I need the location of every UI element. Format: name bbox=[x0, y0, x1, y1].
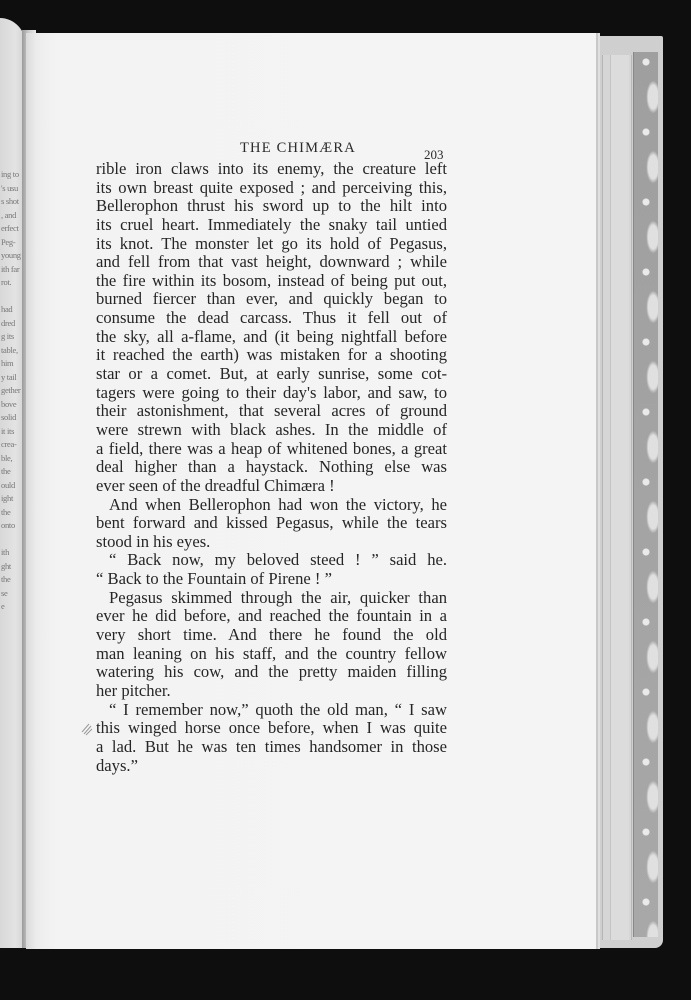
text-line: rible iron claws into its enemy, the cre… bbox=[96, 160, 447, 179]
text-line: consume the dead carcass. Thus it fell o… bbox=[96, 309, 447, 328]
text-line: were strewn with black ashes. In the mid… bbox=[96, 421, 447, 440]
text-line: burned fiercer than ever, and quickly be… bbox=[96, 290, 447, 309]
text-line: their astonishment, that several acres o… bbox=[96, 402, 447, 421]
text-line: its knot. The monster let go its hold of… bbox=[96, 235, 447, 254]
text-line: a field, there was a heap of whitened bo… bbox=[96, 440, 447, 459]
text-line: and fell from that vast height, downward… bbox=[96, 253, 447, 272]
text-line: “ I remember now,” quoth the old man, “ … bbox=[96, 701, 447, 720]
text-line: tagers were going to their day's labor, … bbox=[96, 384, 447, 403]
text-line: this winged horse once before, when I wa… bbox=[96, 719, 447, 738]
text-line: the fire within its bosom, instead of be… bbox=[96, 272, 447, 291]
pencil-mark-icon bbox=[80, 720, 96, 736]
text-line: watering his cow, and the pretty maiden … bbox=[96, 663, 447, 682]
text-line: the sky, all a-flame, and (it being nigh… bbox=[96, 328, 447, 347]
text-line: bent forward and kissed Pegasus, while t… bbox=[96, 514, 447, 533]
text-line: star or a comet. But, at early sunrise, … bbox=[96, 365, 447, 384]
text-line: it reached the earth) was mistaken for a… bbox=[96, 346, 447, 365]
text-line: Bellerophon thrust his sword up to the h… bbox=[96, 197, 447, 216]
text-line: Pegasus skimmed through the air, quicker… bbox=[96, 589, 447, 608]
text-line: its cruel heart. Immediately the snaky t… bbox=[96, 216, 447, 235]
text-line: its own breast quite exposed ; and perce… bbox=[96, 179, 447, 198]
text-line: deal higher than a haystack. Nothing els… bbox=[96, 458, 447, 477]
body-text: rible iron claws into its enemy, the cre… bbox=[96, 160, 447, 775]
decorative-endpaper-pattern bbox=[633, 52, 658, 937]
text-line: very short time. And there he found the … bbox=[96, 626, 447, 645]
text-line: ever he did before, and reached the foun… bbox=[96, 607, 447, 626]
text-line: her pitcher. bbox=[96, 682, 447, 701]
text-line: stood in his eyes. bbox=[96, 533, 447, 552]
text-line: “ Back now, my beloved steed ! ” said he… bbox=[96, 551, 447, 570]
text-line: man leaning on his staff, and the countr… bbox=[96, 645, 447, 664]
text-line: a lad. But he was ten times handsomer in… bbox=[96, 738, 447, 757]
text-line: And when Bellerophon had won the victory… bbox=[96, 496, 447, 515]
running-head: THE CHIMÆRA bbox=[240, 140, 356, 157]
text-line: “ Back to the Fountain of Pirene ! ” bbox=[96, 570, 447, 589]
text-line: ever seen of the dreadful Chimæra ! bbox=[96, 477, 447, 496]
page-edges-inner-strip bbox=[610, 55, 629, 940]
text-line: days.” bbox=[96, 757, 447, 776]
